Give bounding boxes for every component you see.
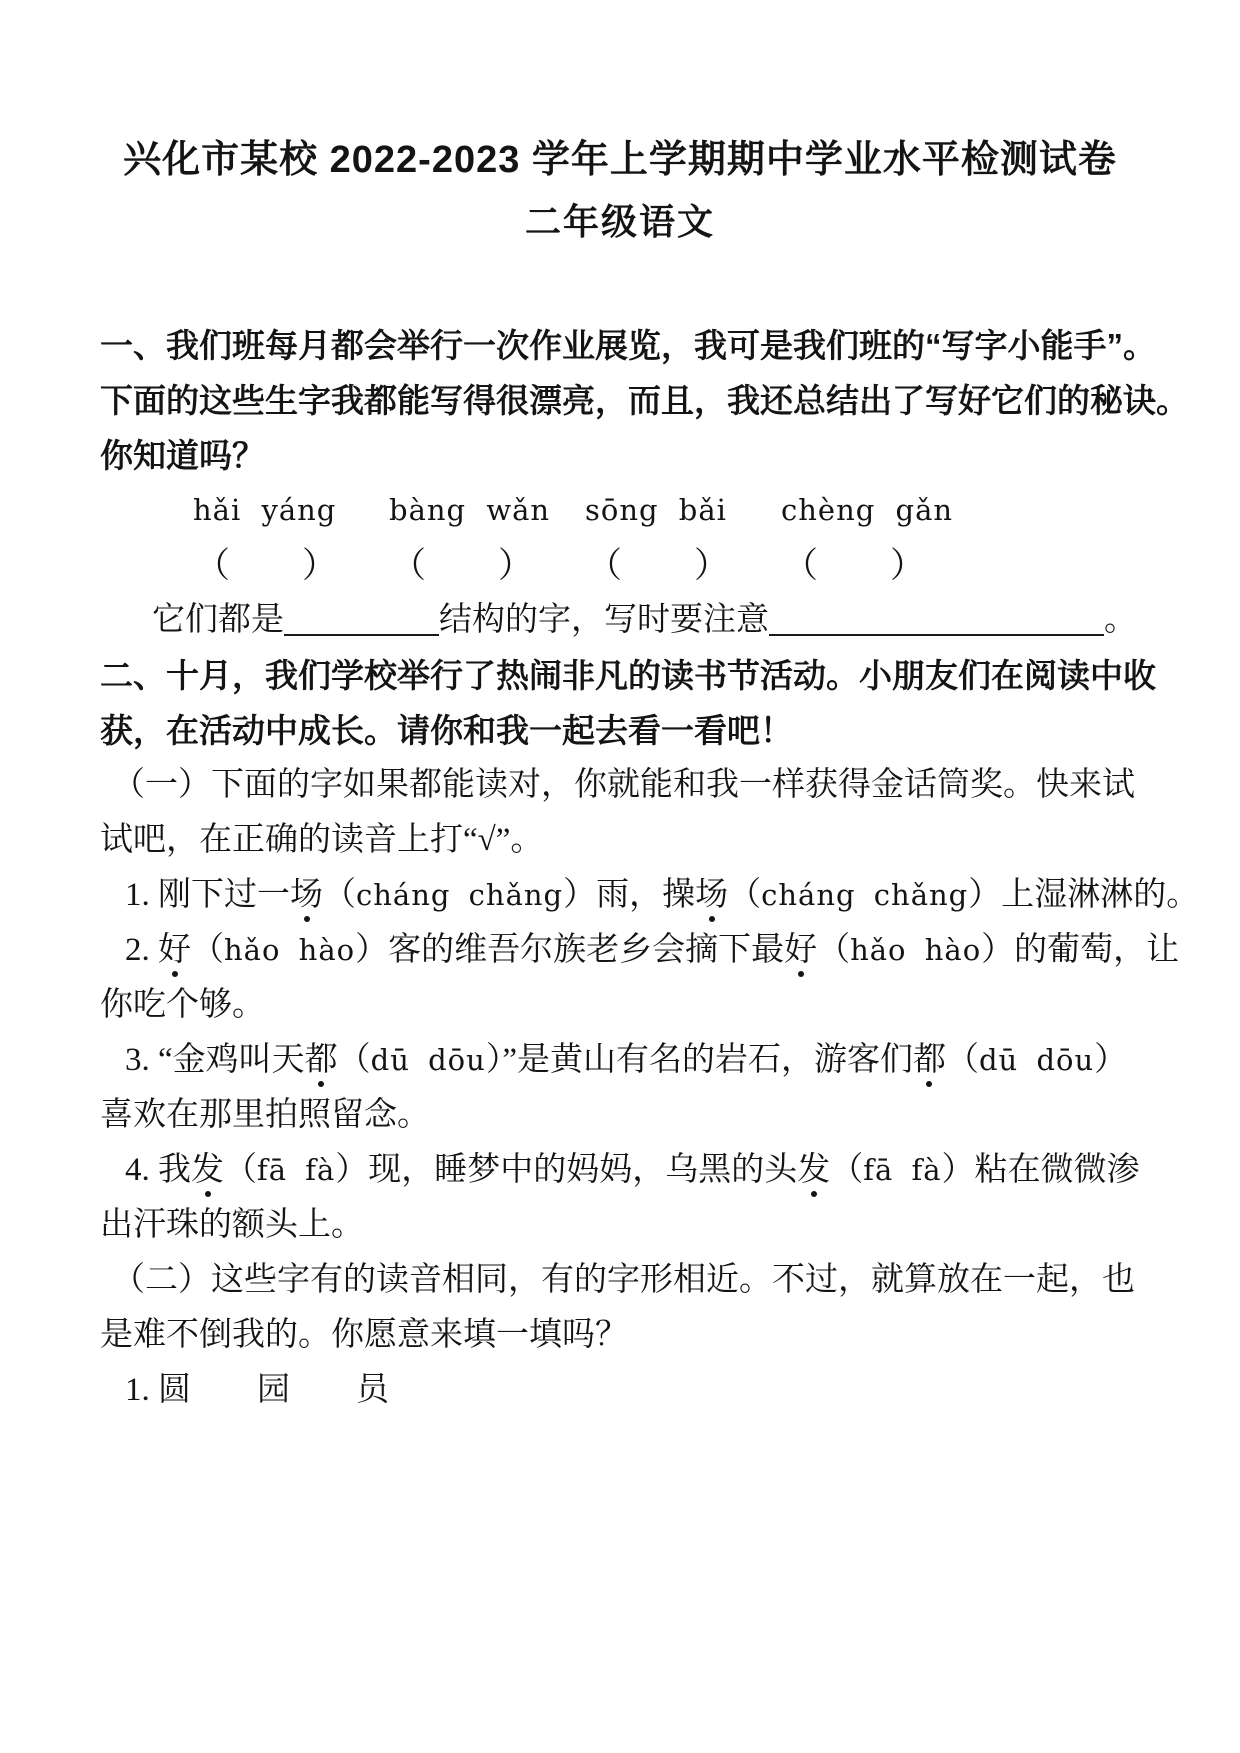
text-run: 4. 我 bbox=[125, 1152, 191, 1188]
text-run: ）的葡萄，让 bbox=[981, 932, 1179, 968]
section1-line3: 你知道吗？ bbox=[0, 428, 1240, 483]
answer-paren-row: （）（）（）（） bbox=[0, 538, 1240, 593]
text-run: 它们都是 bbox=[152, 602, 284, 638]
text-run: 2. bbox=[125, 932, 158, 968]
paren-close: ） bbox=[890, 546, 925, 585]
text-run: （ bbox=[323, 877, 356, 913]
emphasized-char: 场 bbox=[695, 877, 728, 915]
exam-body: 一、我们班每月都会举行一次作业展览，我可是我们班的“写字小能手”。 下面的这些生… bbox=[0, 318, 1240, 1418]
part2-intro-line2: 是难不倒我的。你愿意来填一填吗？ bbox=[0, 1308, 1240, 1363]
answer-paren-4: （） bbox=[783, 538, 979, 593]
emphasized-char: 好 bbox=[784, 932, 817, 970]
pinyin-group-3: sōng bǎi bbox=[585, 483, 781, 538]
emphasized-char: 发 bbox=[191, 1152, 224, 1190]
text-run: 结构的字，写时要注意 bbox=[439, 602, 769, 638]
emphasized-char: 场 bbox=[290, 877, 323, 915]
paren-open: （ bbox=[587, 546, 622, 585]
paren-close: ） bbox=[694, 546, 729, 585]
text-run: （ bbox=[728, 877, 761, 913]
question-4-line2: 出汗珠的额头上。 bbox=[0, 1198, 1240, 1253]
emphasized-char: 好 bbox=[158, 932, 191, 970]
page-title: 兴化市某校 2022-2023 学年上学期期中学业水平检测试卷 bbox=[0, 132, 1240, 188]
pinyin-text: cháng chǎng bbox=[761, 878, 968, 912]
question-3-line2: 喜欢在那里拍照留念。 bbox=[0, 1088, 1240, 1143]
pinyin-row: hǎi yángbàng wǎnsōng bǎichèng gǎn bbox=[0, 483, 1240, 538]
pinyin-text: dū dōu bbox=[371, 1043, 486, 1077]
answer-blank bbox=[284, 606, 439, 636]
paren-open: （ bbox=[195, 546, 230, 585]
pinyin-group-4: chèng gǎn bbox=[781, 483, 977, 538]
answer-paren-1: （） bbox=[195, 538, 391, 593]
paren-close: ） bbox=[302, 546, 337, 585]
text-run: （ bbox=[224, 1152, 257, 1188]
question-1: 1. 刚下过一场（cháng chǎng）雨，操场（cháng chǎng）上湿… bbox=[0, 868, 1240, 923]
text-run: ）粘在微微渗 bbox=[942, 1152, 1140, 1188]
paren-open: （ bbox=[391, 546, 426, 585]
section1-line1: 一、我们班每月都会举行一次作业展览，我可是我们班的“写字小能手”。 bbox=[0, 318, 1240, 373]
emphasized-char: 发 bbox=[797, 1152, 830, 1190]
text-run: （ bbox=[817, 932, 850, 968]
answer-blank bbox=[769, 606, 1104, 636]
fill-blank-line: 它们都是结构的字，写时要注意。 bbox=[0, 593, 1240, 648]
paren-close: ） bbox=[498, 546, 533, 585]
text-run: ）现，睡梦中的妈妈，乌黑的头 bbox=[335, 1152, 797, 1188]
text-run: ）”是黄山有名的岩石，游客们 bbox=[486, 1042, 913, 1078]
text-run: （ bbox=[946, 1042, 979, 1078]
question-3-line1: 3. “金鸡叫天都（dū dōu）”是黄山有名的岩石，游客们都（dū dōu） bbox=[0, 1033, 1240, 1088]
page-subtitle: 二年级语文 bbox=[0, 194, 1240, 250]
text-run: （ bbox=[338, 1042, 371, 1078]
question-2-line1: 2. 好（hǎo hào）客的维吾尔族老乡会摘下最好（hǎo hào）的葡萄，让 bbox=[0, 923, 1240, 978]
pinyin-text: fā fà bbox=[257, 1153, 335, 1187]
part1-intro-line1: （一）下面的字如果都能读对，你就能和我一样获得金话筒奖。快来试 bbox=[0, 758, 1240, 813]
text-run: ）雨，操 bbox=[563, 877, 695, 913]
section2-line1: 二、十月，我们学校举行了热闹非凡的读书节活动。小朋友们在阅读中收 bbox=[0, 648, 1240, 703]
pinyin-group-2: bàng wǎn bbox=[389, 483, 585, 538]
pinyin-text: hǎo hào bbox=[224, 933, 355, 967]
section1-line2: 下面的这些生字我都能写得很漂亮，而且，我还总结出了写好它们的秘诀。 bbox=[0, 373, 1240, 428]
answer-paren-3: （） bbox=[587, 538, 783, 593]
pinyin-text: cháng chǎng bbox=[356, 878, 563, 912]
paren-open: （ bbox=[783, 546, 818, 585]
pinyin-text: fā fà bbox=[863, 1153, 941, 1187]
text-run: ）上湿淋淋的。 bbox=[968, 877, 1199, 913]
pinyin-text: hǎo hào bbox=[850, 933, 981, 967]
section2-line2: 获，在活动中成长。请你和我一起去看一看吧！ bbox=[0, 703, 1240, 758]
text-run: 3. “金鸡叫天 bbox=[125, 1042, 305, 1078]
emphasized-char: 都 bbox=[305, 1042, 338, 1080]
pinyin-text: dū dōu bbox=[979, 1043, 1094, 1077]
part2-item1: 1. 圆 园 员 bbox=[0, 1363, 1240, 1418]
text-run: （ bbox=[830, 1152, 863, 1188]
text-run: ） bbox=[1094, 1042, 1127, 1078]
emphasized-char: 都 bbox=[913, 1042, 946, 1080]
text-run: 1. 刚下过一 bbox=[125, 877, 290, 913]
text-run: 。 bbox=[1104, 602, 1137, 638]
answer-paren-2: （） bbox=[391, 538, 587, 593]
question-4-line1: 4. 我发（fā fà）现，睡梦中的妈妈，乌黑的头发（fā fà）粘在微微渗 bbox=[0, 1143, 1240, 1198]
question-2-line2: 你吃个够。 bbox=[0, 978, 1240, 1033]
pinyin-group-1: hǎi yáng bbox=[193, 483, 389, 538]
text-run: （ bbox=[191, 932, 224, 968]
exam-paper-page: 兴化市某校 2022-2023 学年上学期期中学业水平检测试卷 二年级语文 一、… bbox=[0, 0, 1240, 1753]
part2-intro-line1: （二）这些字有的读音相同，有的字形相近。不过，就算放在一起，也 bbox=[0, 1253, 1240, 1308]
text-run: ）客的维吾尔族老乡会摘下最 bbox=[355, 932, 784, 968]
part1-intro-line2: 试吧，在正确的读音上打“√”。 bbox=[0, 813, 1240, 868]
